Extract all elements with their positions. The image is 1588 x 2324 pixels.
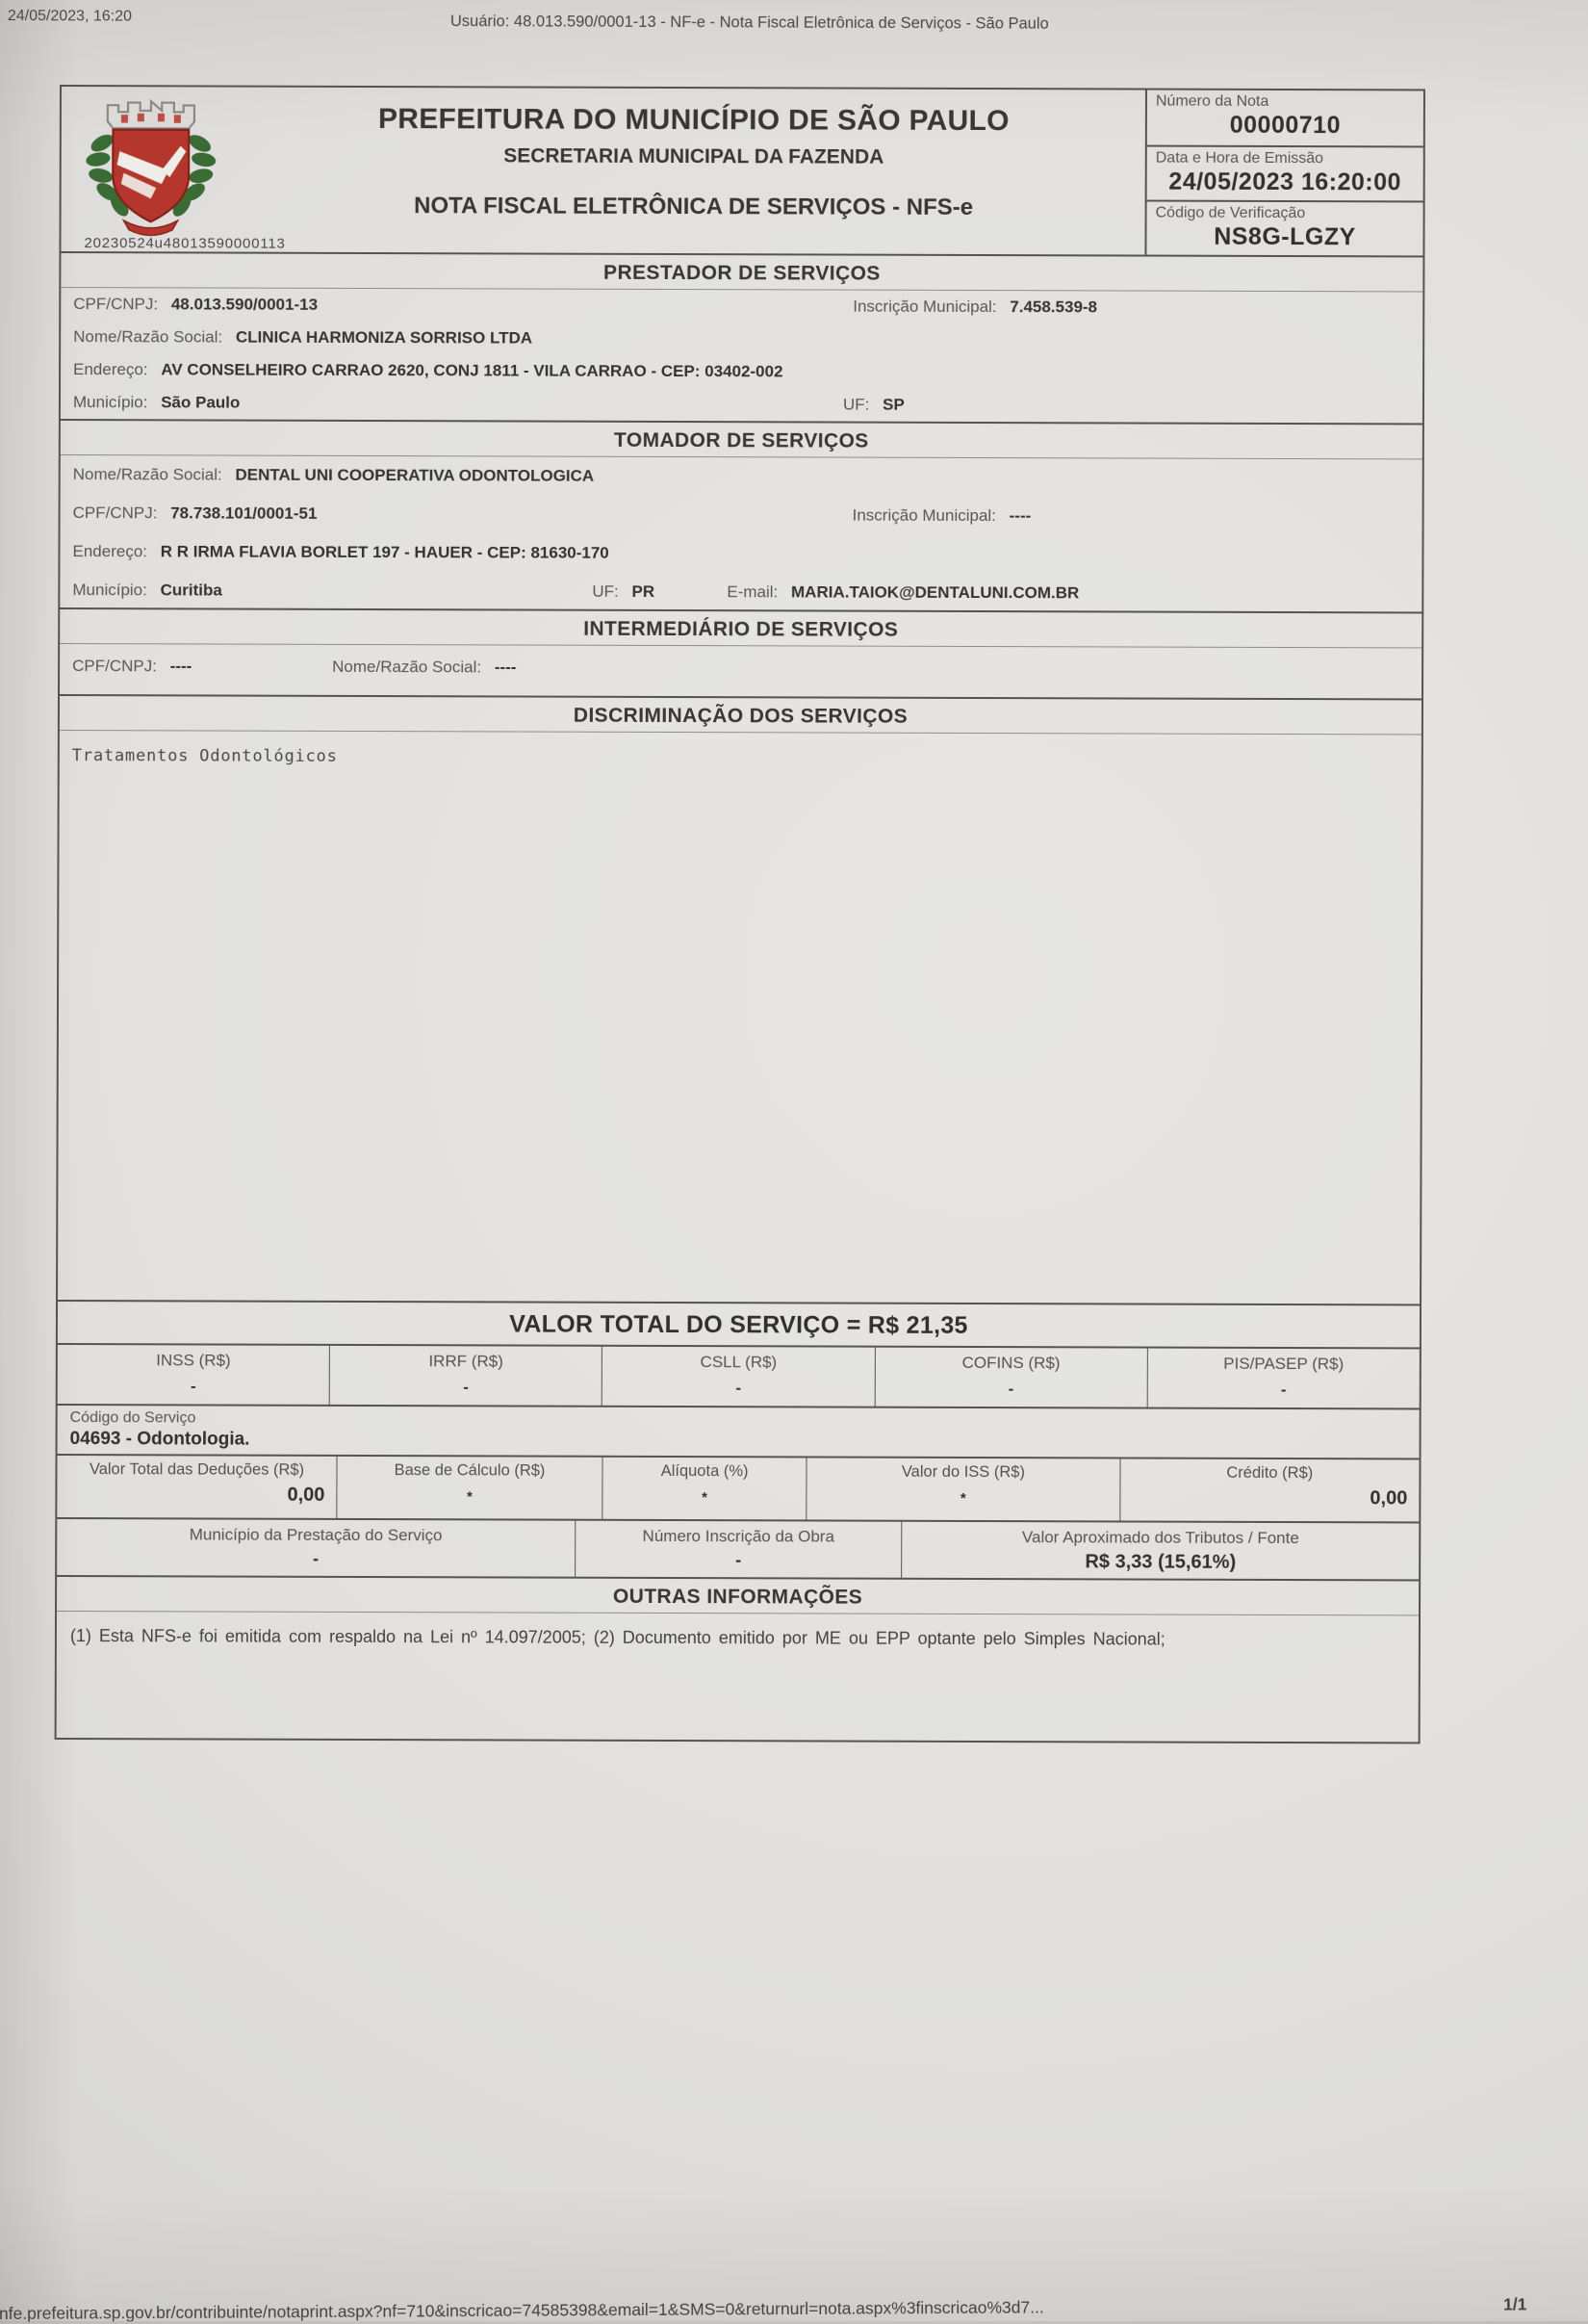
prestador-nome-label: Nome/Razão Social: — [73, 327, 222, 346]
print-datetime: 24/05/2023, 16:20 — [8, 8, 132, 26]
print-meta-bar: 24/05/2023, 16:20 Usuário: 48.013.590/00… — [0, 0, 1588, 7]
tomador-uf-pair: UF: PR — [592, 573, 654, 611]
intermediario-title: INTERMEDIÁRIO DE SERVIÇOS — [60, 609, 1422, 648]
nfse-document: 20230524u48013590000113 PREFEITURA DO MU… — [55, 85, 1425, 1743]
tomador-nome-label: Nome/Razão Social: — [73, 465, 222, 483]
inscricao-obra-label: Número Inscrição da Obra — [576, 1521, 902, 1547]
deducoes-label: Valor Total das Deduções (R$) — [57, 1456, 336, 1480]
discriminacao-title: DISCRIMINAÇÃO DOS SERVIÇOS — [60, 696, 1422, 735]
inscricao-obra-value: - — [576, 1546, 902, 1571]
tomador-municipio-row: Município: Curitiba UF: PR E-mail: MARIA… — [60, 571, 1422, 613]
verification-label: Código de Verificação — [1156, 205, 1415, 223]
municipio-prestacao-value: - — [57, 1544, 575, 1570]
tax-value: - — [58, 1370, 329, 1397]
emission-label: Data e Hora de Emissão — [1156, 150, 1415, 168]
tomador-cpf-row: CPF/CNPJ: 78.738.101/0001-51 Inscrição M… — [61, 494, 1422, 536]
intermediario-nome-value: ---- — [495, 658, 517, 676]
tomador-email-label: E-mail: — [727, 582, 778, 601]
tax-label: COFINS (R$) — [875, 1348, 1146, 1374]
prestador-endereco-value: AV CONSELHEIRO CARRAO 2620, CONJ 1811 - … — [161, 360, 782, 380]
prestador-endereco-row: Endereço: AV CONSELHEIRO CARRAO 2620, CO… — [61, 353, 1422, 390]
prestador-uf-pair: UF: SP — [843, 389, 905, 422]
prestador-inscricao-value: 7.458.539-8 — [1010, 297, 1097, 316]
tributos-col: Valor Aproximado dos Tributos / Fonte R$… — [901, 1522, 1419, 1580]
municipio-prestacao-col: Município da Prestação do Serviço - — [57, 1519, 575, 1577]
prestador-endereco-label: Endereço: — [73, 360, 148, 378]
nota-number-row: Número da Nota 00000710 — [1147, 90, 1423, 146]
intermediario-nome-pair: Nome/Razão Social: ---- — [332, 645, 517, 690]
base-calculo-label: Base de Cálculo (R$) — [338, 1457, 602, 1481]
tax-col-pispasep: PIS/PASEP (R$) - — [1147, 1349, 1420, 1408]
inscricao-obra-col: Número Inscrição da Obra - — [575, 1521, 902, 1578]
tributos-label: Valor Aproximado dos Tributos / Fonte — [903, 1522, 1420, 1549]
tax-col-cofins: COFINS (R$) - — [874, 1348, 1146, 1407]
valor-total-row: VALOR TOTAL DO SERVIÇO = R$ 21,35 — [58, 1302, 1420, 1349]
tributos-value: R$ 3,33 (15,61%) — [902, 1547, 1419, 1575]
intermediario-cpf-value: ---- — [170, 657, 192, 675]
credito-label: Crédito (R$) — [1120, 1459, 1419, 1483]
tax-value: - — [602, 1372, 874, 1399]
discriminacao-section: DISCRIMINAÇÃO DOS SERVIÇOS Tratamentos O… — [58, 696, 1422, 1305]
verification-value: NS8G-LGZY — [1155, 223, 1414, 252]
prestador-cpf-value: 48.013.590/0001-13 — [171, 295, 318, 313]
print-footer-url: /nfe.prefeitura.sp.gov.br/contribuinte/n… — [0, 2297, 1044, 2324]
valor-iss-label: Valor do ISS (R$) — [807, 1458, 1120, 1482]
prestador-municipio-row: Município: São Paulo UF: SP — [61, 386, 1422, 423]
tax-label: INSS (R$) — [58, 1345, 329, 1371]
credito-value: 0,00 — [1120, 1482, 1419, 1510]
logo-zone: 20230524u48013590000113 — [61, 87, 243, 252]
tomador-uf-label: UF: — [592, 582, 618, 601]
aliquota-value: * — [602, 1481, 806, 1507]
base-calculo-col: Base de Cálculo (R$) * — [336, 1457, 602, 1519]
nota-info-box: Número da Nota 00000710 Data e Hora de E… — [1144, 90, 1423, 256]
outras-informacoes-text: (1) Esta NFS-e foi emitida com respaldo … — [57, 1612, 1419, 1654]
tomador-uf-value: PR — [631, 582, 654, 601]
tomador-cpf-label: CPF/CNPJ: — [73, 504, 158, 522]
prestador-municipio-label: Município: — [73, 393, 148, 411]
tomador-nome-value: DENTAL UNI COOPERATIVA ODONTOLOGICA — [235, 466, 594, 485]
municipio-prestacao-label: Município da Prestação do Serviço — [57, 1519, 575, 1546]
prestador-municipio-value: São Paulo — [161, 393, 240, 411]
codigo-servico-value: 04693 - Odontologia. — [70, 1429, 1420, 1454]
intermediario-cpf-label: CPF/CNPJ: — [72, 657, 157, 675]
municipio-prestacao-table: Município da Prestação do Serviço - Núme… — [57, 1519, 1419, 1581]
tax-col-irrf: IRRF (R$) - — [329, 1346, 602, 1406]
department-subtitle: SECRETARIA MUNICIPAL DA FAZENDA — [243, 144, 1145, 170]
document-title: NOTA FISCAL ELETRÔNICA DE SERVIÇOS - NFS… — [243, 193, 1145, 222]
tax-label: CSLL (R$) — [602, 1347, 874, 1373]
prestador-uf-label: UF: — [843, 396, 869, 414]
deducoes-col: Valor Total das Deduções (R$) 0,00 — [57, 1456, 336, 1518]
outras-informacoes-section: OUTRAS INFORMAÇÕES (1) Esta NFS-e foi em… — [57, 1577, 1420, 1742]
aliquota-label: Alíquota (%) — [602, 1458, 806, 1482]
city-hall-title: PREFEITURA DO MUNICÍPIO DE SÃO PAULO — [243, 103, 1145, 139]
prestador-title: PRESTADOR DE SERVIÇOS — [61, 253, 1422, 292]
title-zone: PREFEITURA DO MUNICÍPIO DE SÃO PAULO SEC… — [242, 88, 1145, 255]
tax-value: - — [1148, 1374, 1420, 1401]
tomador-cpf-value: 78.738.101/0001-51 — [170, 504, 317, 522]
nota-number-label: Número da Nota — [1156, 93, 1415, 112]
document-serial-number: 20230524u48013590000113 — [84, 235, 285, 252]
tomador-endereco-label: Endereço: — [72, 542, 147, 560]
deducoes-table: Valor Total das Deduções (R$) 0,00 Base … — [57, 1456, 1419, 1523]
credito-col: Crédito (R$) 0,00 — [1119, 1459, 1419, 1521]
prestador-nome-value: CLINICA HARMONIZA SORRISO LTDA — [236, 328, 532, 348]
valor-iss-col: Valor do ISS (R$) * — [807, 1458, 1120, 1520]
tomador-nome-row: Nome/Razão Social: DENTAL UNI COOPERATIV… — [61, 455, 1422, 498]
prestador-cpf-row: CPF/CNPJ: 48.013.590/0001-13 Inscrição M… — [61, 288, 1422, 324]
nota-number-value: 00000710 — [1156, 112, 1415, 141]
emission-row: Data e Hora de Emissão 24/05/2023 16:20:… — [1147, 145, 1423, 201]
intermediario-nome-label: Nome/Razão Social: — [332, 658, 481, 676]
tax-value: - — [330, 1371, 602, 1398]
tax-label: IRRF (R$) — [330, 1346, 602, 1372]
valor-iss-value: * — [807, 1481, 1120, 1507]
codigo-servico-section: Código do Serviço 04693 - Odontologia. — [58, 1406, 1420, 1459]
deducoes-value: 0,00 — [57, 1479, 336, 1507]
base-calculo-value: * — [337, 1480, 602, 1506]
print-footer: /nfe.prefeitura.sp.gov.br/contribuinte/n… — [0, 2294, 1588, 2304]
sao-paulo-coat-of-arms-icon — [83, 91, 219, 238]
tax-col-inss: INSS (R$) - — [58, 1345, 329, 1405]
codigo-servico-label: Código do Serviço — [70, 1409, 1420, 1431]
document-header: 20230524u48013590000113 PREFEITURA DO MU… — [61, 87, 1423, 257]
outras-informacoes-title: OUTRAS INFORMAÇÕES — [57, 1577, 1419, 1615]
print-footer-page: 1/1 — [1503, 2294, 1526, 2314]
prestador-section: PRESTADOR DE SERVIÇOS CPF/CNPJ: 48.013.5… — [61, 253, 1423, 425]
tax-label: PIS/PASEP (R$) — [1148, 1349, 1420, 1375]
prestador-uf-value: SP — [883, 396, 905, 414]
tax-value: - — [875, 1373, 1146, 1400]
aliquota-col: Alíquota (%) * — [602, 1458, 806, 1520]
tomador-endereco-value: R R IRMA FLAVIA BORLET 197 - HAUER - CEP… — [161, 542, 609, 561]
prestador-nome-row: Nome/Razão Social: CLINICA HARMONIZA SOR… — [61, 321, 1422, 357]
tax-col-csll: CSLL (R$) - — [602, 1347, 874, 1407]
print-user-header: Usuário: 48.013.590/0001-13 - NF-e - Not… — [450, 13, 1049, 34]
tomador-email-value: MARIA.TAIOK@DENTALUNI.COM.BR — [791, 582, 1079, 602]
tomador-municipio-label: Município: — [72, 581, 147, 599]
prestador-inscricao-label: Inscrição Municipal: — [853, 297, 996, 316]
verification-row: Código de Verificação NS8G-LGZY — [1146, 200, 1422, 256]
tomador-inscricao-label: Inscrição Municipal: — [853, 506, 996, 525]
tomador-section: TOMADOR DE SERVIÇOS Nome/Razão Social: D… — [60, 421, 1422, 613]
prestador-inscricao-pair: Inscrição Municipal: 7.458.539-8 — [853, 291, 1097, 324]
tomador-municipio-value: Curitiba — [161, 581, 222, 599]
prestador-cpf-label: CPF/CNPJ: — [73, 295, 158, 313]
tomador-email-pair: E-mail: MARIA.TAIOK@DENTALUNI.COM.BR — [727, 573, 1079, 612]
tomador-inscricao-pair: Inscrição Municipal: ---- — [853, 497, 1032, 536]
tomador-title: TOMADOR DE SERVIÇOS — [61, 421, 1422, 459]
intermediario-row: CPF/CNPJ: ---- Nome/Razão Social: ---- — [60, 644, 1422, 692]
tomador-inscricao-value: ---- — [1010, 506, 1032, 525]
tax-table: INSS (R$) - IRRF (R$) - CSLL (R$) - COFI… — [58, 1345, 1420, 1409]
discriminacao-content: Tratamentos Odontológicos — [60, 731, 1422, 769]
tomador-endereco-row: Endereço: R R IRMA FLAVIA BORLET 197 - H… — [60, 532, 1422, 575]
emission-value: 24/05/2023 16:20:00 — [1156, 168, 1415, 197]
intermediario-section: INTERMEDIÁRIO DE SERVIÇOS CPF/CNPJ: ----… — [60, 609, 1422, 700]
